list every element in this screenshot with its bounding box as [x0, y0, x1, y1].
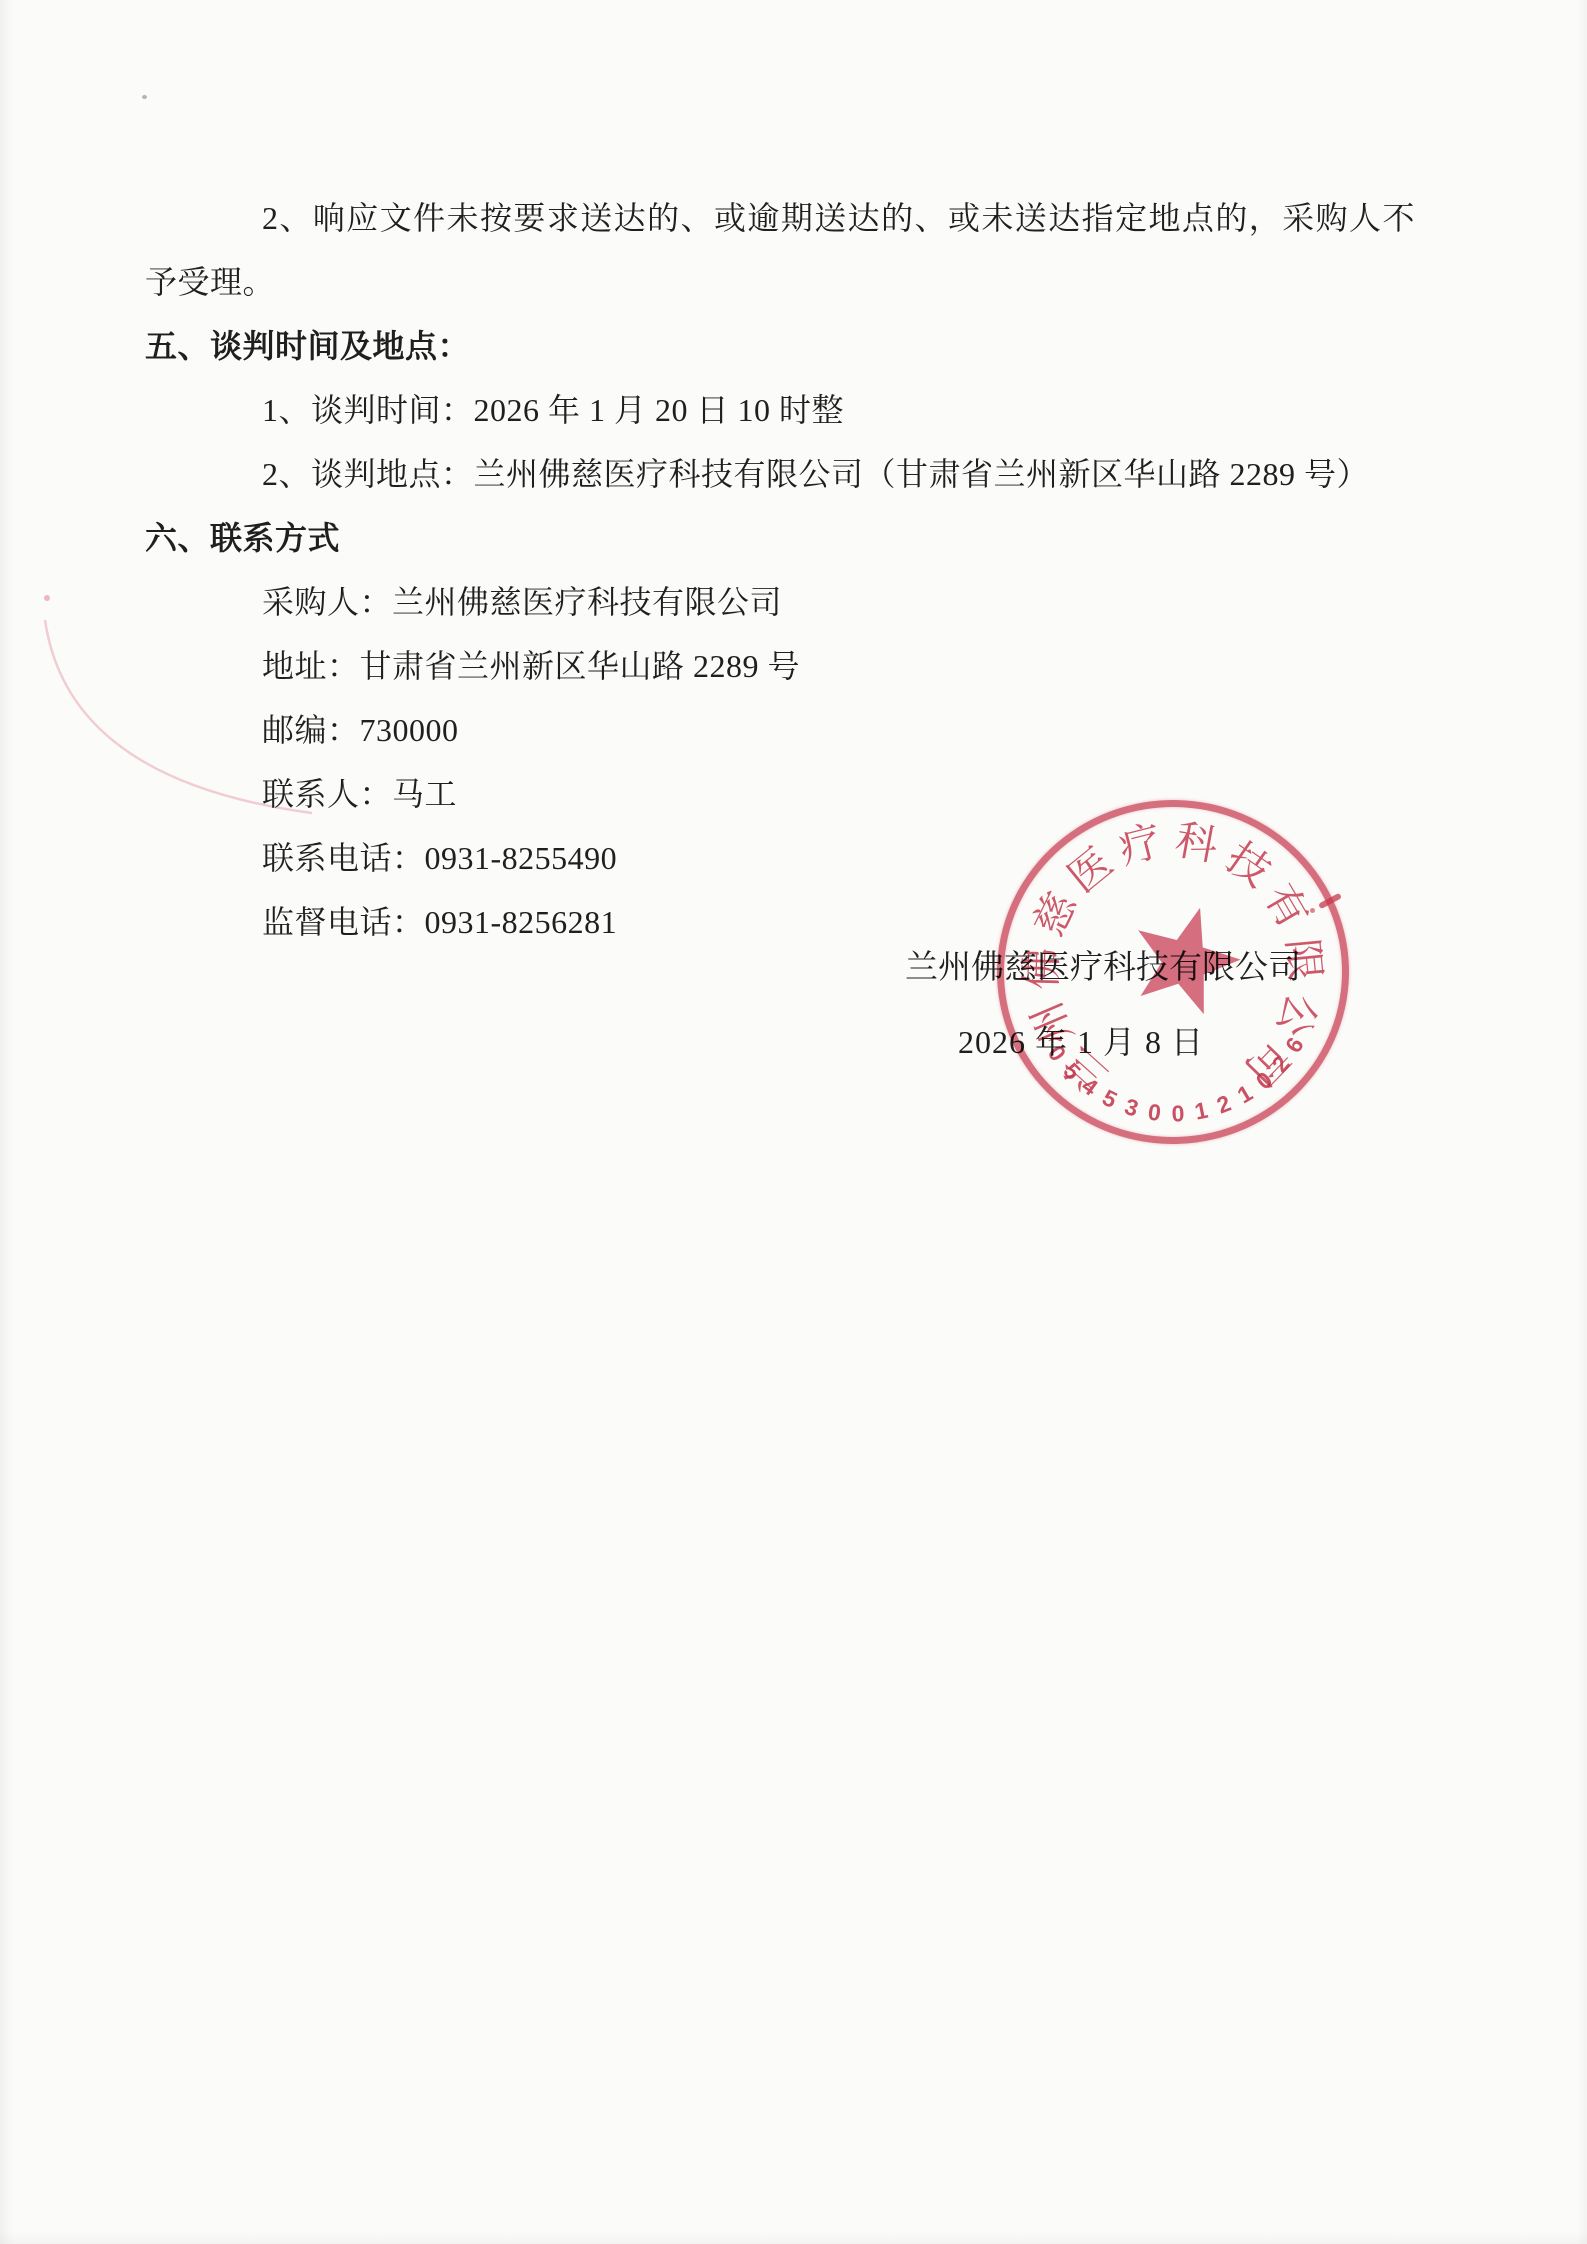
seal-code-digit: 3: [1117, 1093, 1146, 1122]
signature-company: 兰州佛慈医疗科技有限公司: [905, 948, 1301, 988]
seal-code-digit: 2: [1265, 1048, 1297, 1080]
paragraph: 2、谈判地点：兰州佛慈医疗科技有限公司（甘肃省兰州新区华山路 2289 号）: [145, 442, 1415, 506]
paragraph: 2、响应文件未按要求送达的、或逾期送达的、或未送达指定地点的，采购人不予受理。: [145, 186, 1415, 314]
document-body: 2、响应文件未按要求送达的、或逾期送达的、或未送达指定地点的，采购人不予受理。 …: [145, 186, 1415, 954]
seal-code-digit: 6: [1279, 1029, 1311, 1061]
section-heading: 五、谈判时间及地点：: [145, 314, 1415, 378]
paragraph: 联系电话：0931-8255490: [145, 826, 1415, 890]
seal-code-digit: 5: [1094, 1084, 1125, 1115]
paragraph: 地址：甘肃省兰州新区华山路 2289 号: [145, 634, 1415, 698]
seal-code-digit: 0: [1166, 1102, 1190, 1126]
signature-date: 2026 年 1 月 8 日: [958, 1022, 1204, 1062]
seal-code-digit: 4: [1073, 1071, 1105, 1103]
seal-code-digit: 1: [1188, 1098, 1215, 1125]
paragraph: 邮编：730000: [145, 698, 1415, 762]
seal-code-digit: 2: [1209, 1090, 1239, 1120]
paragraph: 1、谈判时间：2026 年 1 月 20 日 10 时整: [145, 378, 1415, 442]
seal-arc-char: 司: [1237, 1033, 1296, 1092]
ink-mark: [1310, 908, 1315, 913]
scan-speck: [142, 95, 147, 99]
paragraph: 监督电话：0931-8256281: [145, 890, 1415, 954]
seal-code-digit: 0: [1142, 1100, 1168, 1126]
paragraph: 联系人：马工: [145, 762, 1415, 826]
section-heading: 六、联系方式: [145, 506, 1415, 570]
seal-arc-char: 公: [1269, 988, 1323, 1042]
seal-code-digit: 1: [1229, 1079, 1260, 1110]
scanned-document: { "document": { "paragraphs": [ {"text":…: [0, 0, 1587, 2244]
paragraph: 采购人：兰州佛慈医疗科技有限公司: [145, 570, 1415, 634]
seal-code-digit: 0: [1248, 1065, 1280, 1097]
